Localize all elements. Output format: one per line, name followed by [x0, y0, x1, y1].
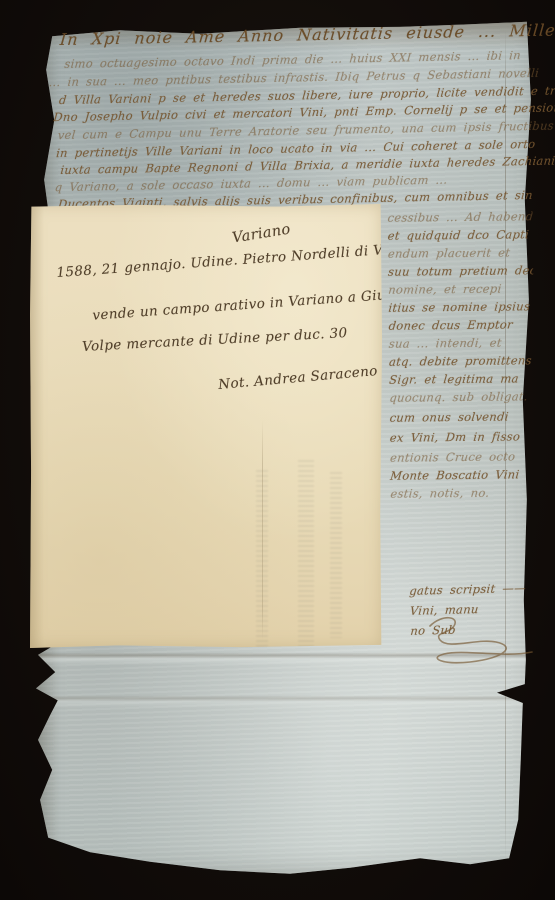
showthrough-print-column: [298, 460, 314, 656]
showthrough-print-column: [330, 472, 342, 638]
note-line: 1588, 21 gennajo. Udine. Pietro Nordelli…: [56, 239, 429, 281]
note-line: Volpe mercante di Udine per duc. 30: [82, 325, 348, 355]
photo-background: In Xpi noie Ame Anno Nativitatis eiusde …: [0, 0, 555, 900]
notary-signature: Not. Andrea Saraceno: [218, 363, 379, 393]
paper-crease: [262, 420, 263, 640]
note-line: vende un campo arativo in Variano a Gius…: [92, 284, 429, 323]
note-corner-label: Variano: [231, 221, 292, 246]
archivist-note-paper: Variano 1588, 21 gennajo. Udine. Pietro …: [30, 204, 382, 648]
